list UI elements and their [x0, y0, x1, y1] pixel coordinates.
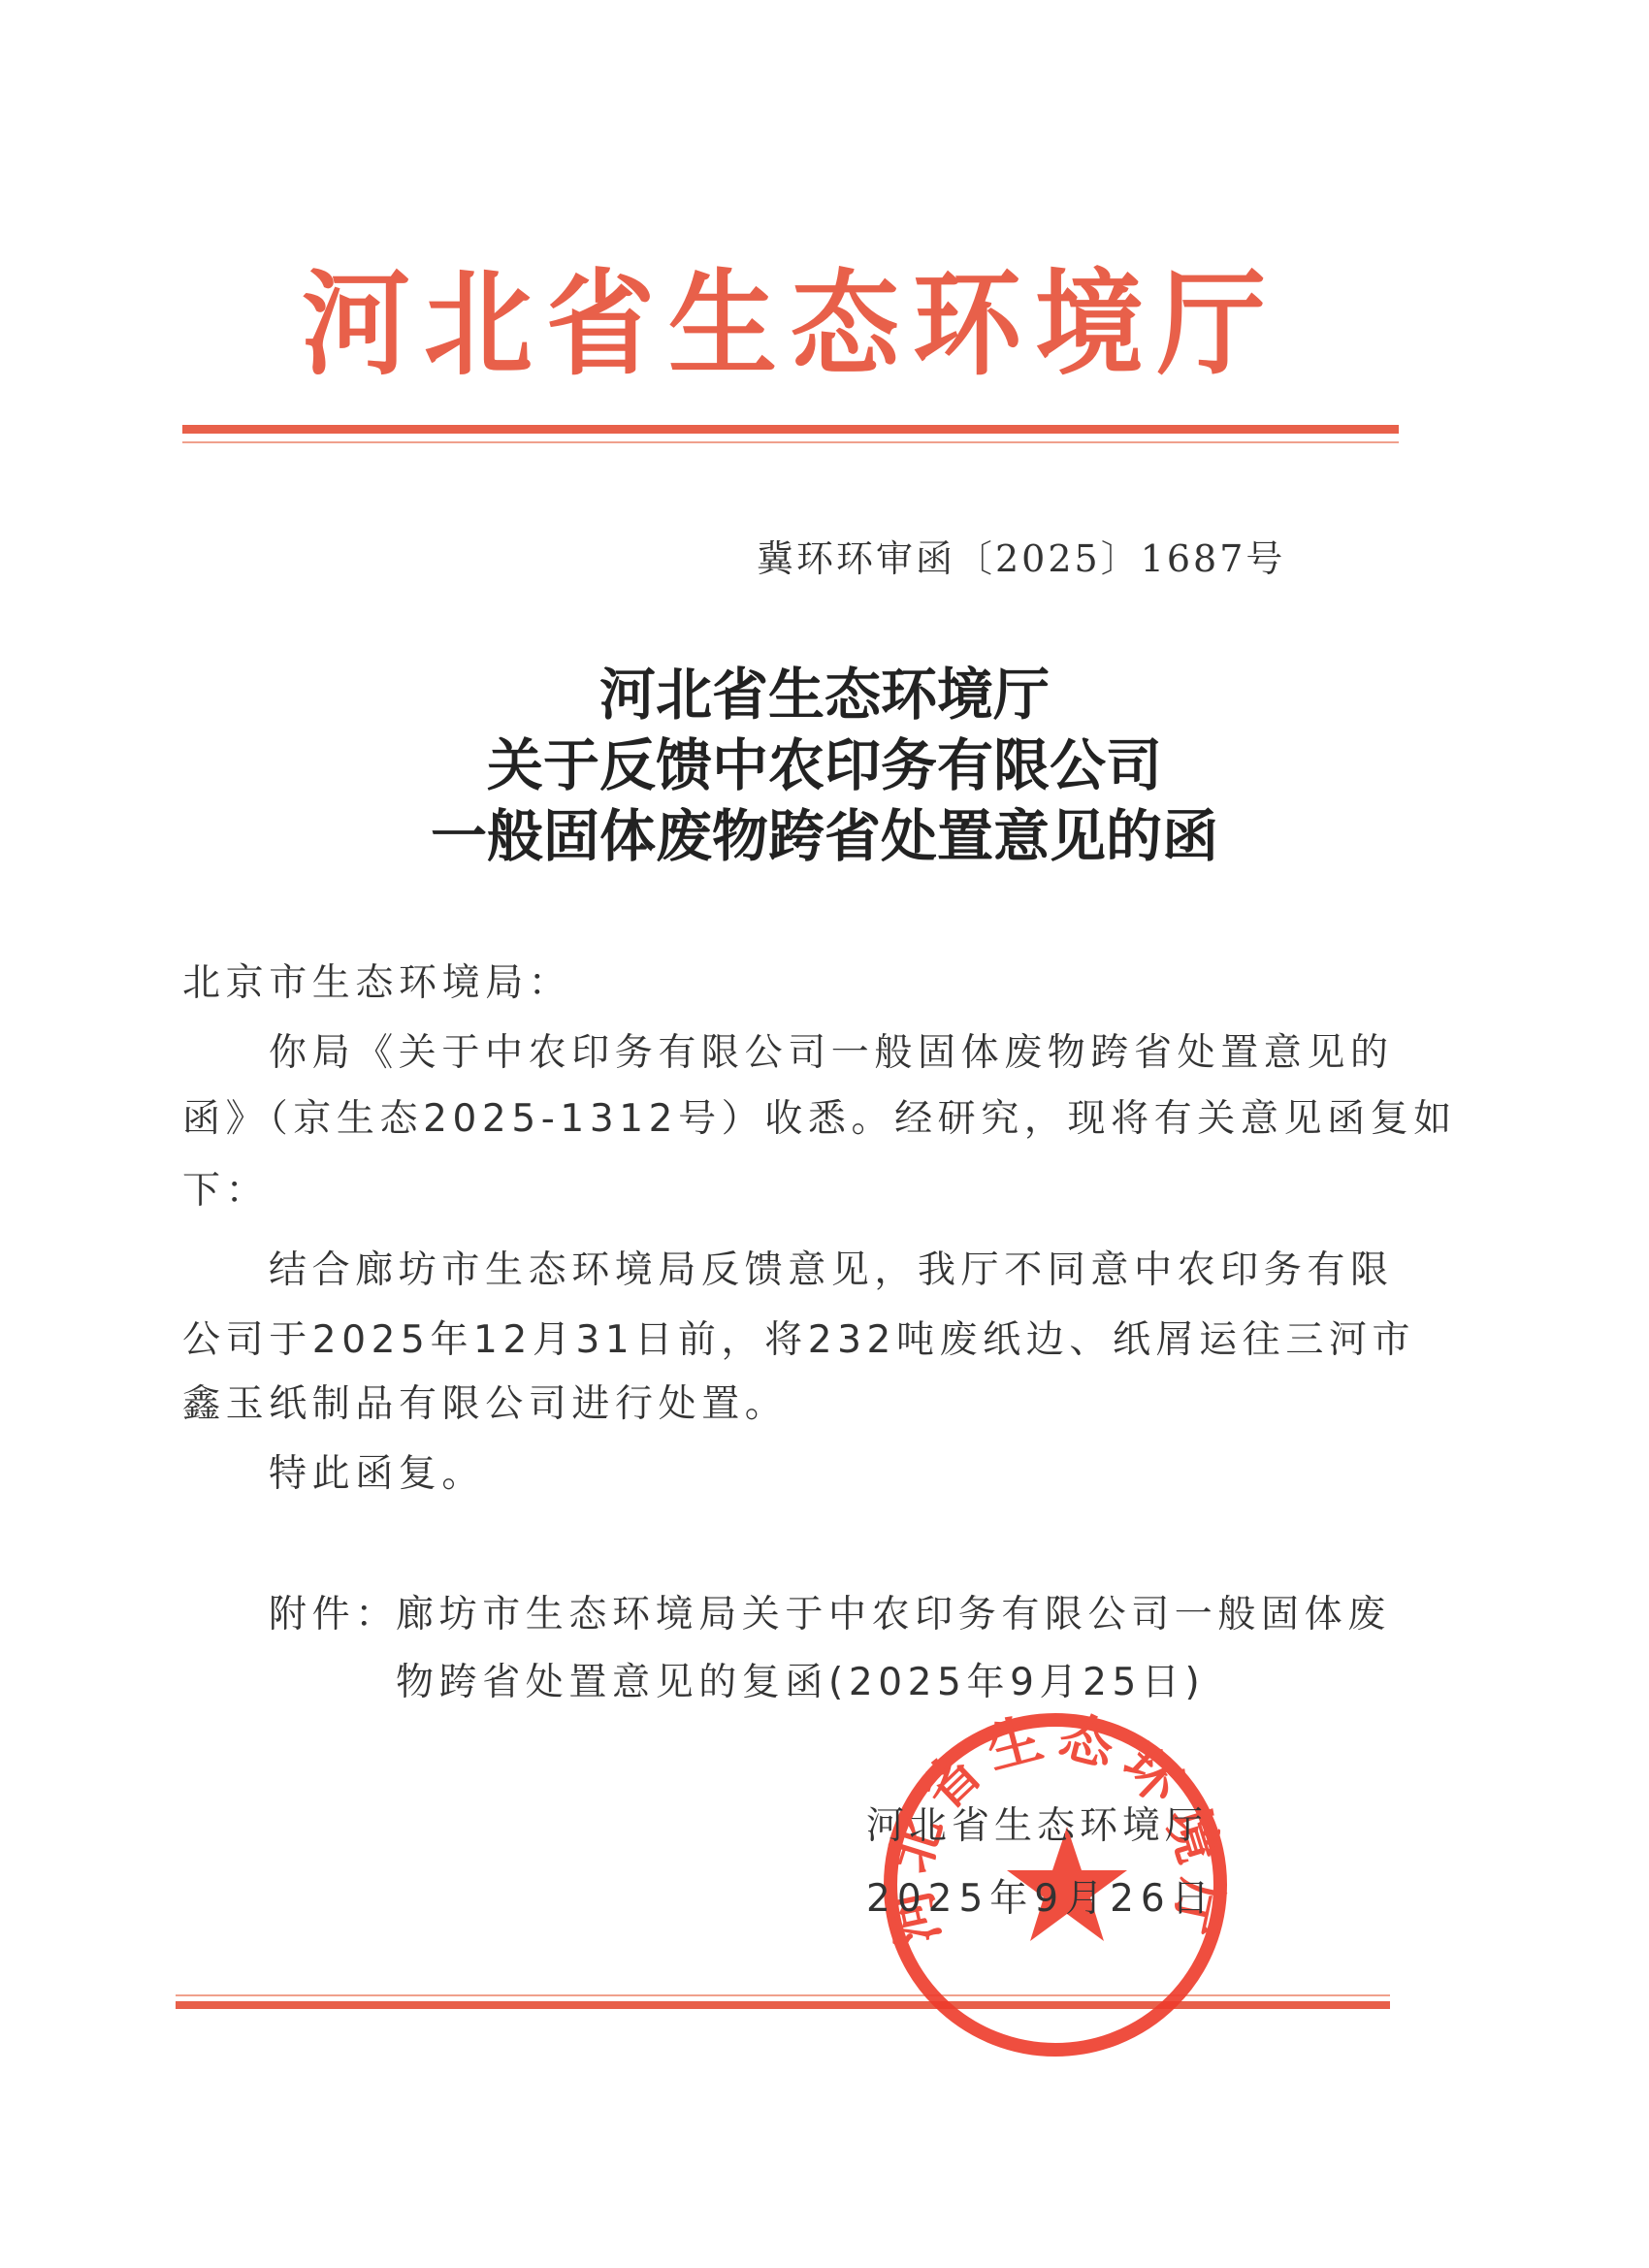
paragraph-2-line-3: 鑫玉纸制品有限公司进行处置。	[182, 1370, 788, 1440]
signature-date: 2025年9月26日	[866, 1864, 1216, 1934]
title-line-3: 一般固体废物跨省处置意见的函	[291, 801, 1358, 872]
document-title: 河北省生态环境厅 关于反馈中农印务有限公司 一般固体废物跨省处置意见的函	[291, 660, 1358, 872]
masthead-org-name: 河北省生态环境厅	[182, 259, 1399, 392]
paragraph-2-line-2: 公司于2025年12月31日前，将232吨废纸边、纸屑运往三河市	[182, 1306, 1415, 1376]
signature-org: 河北省生态环境厅	[866, 1792, 1208, 1862]
title-line-2: 关于反馈中农印务有限公司	[291, 730, 1358, 801]
attachment-line-2: 物跨省处置意见的复函(2025年9月25日)	[396, 1648, 1205, 1718]
attachment-line-1: 廊坊市生态环境局关于中农印务有限公司一般固体废	[396, 1580, 1391, 1650]
masthead-rule-thick	[182, 425, 1399, 434]
attachment-label: 附件：	[269, 1580, 399, 1650]
masthead-rule-thin	[182, 441, 1399, 443]
paragraph-1-line-1: 你局《关于中农印务有限公司一般固体废物跨省处置意见的	[269, 1019, 1394, 1088]
document-number: 冀环环审函〔2025〕1687号	[757, 535, 1300, 582]
paragraph-1-line-3: 下：	[182, 1156, 269, 1226]
paragraph-1-line-2: 函》（京生态2025-1312号）收悉。经研究，现将有关意见函复如	[182, 1085, 1457, 1154]
salutation: 北京市生态环境局：	[182, 949, 571, 1019]
closing-line: 特此函复。	[269, 1440, 485, 1509]
paragraph-2-line-1: 结合廊坊市生态环境局反馈意见，我厅不同意中农印务有限	[269, 1236, 1394, 1306]
title-line-1: 河北省生态环境厅	[291, 660, 1358, 730]
